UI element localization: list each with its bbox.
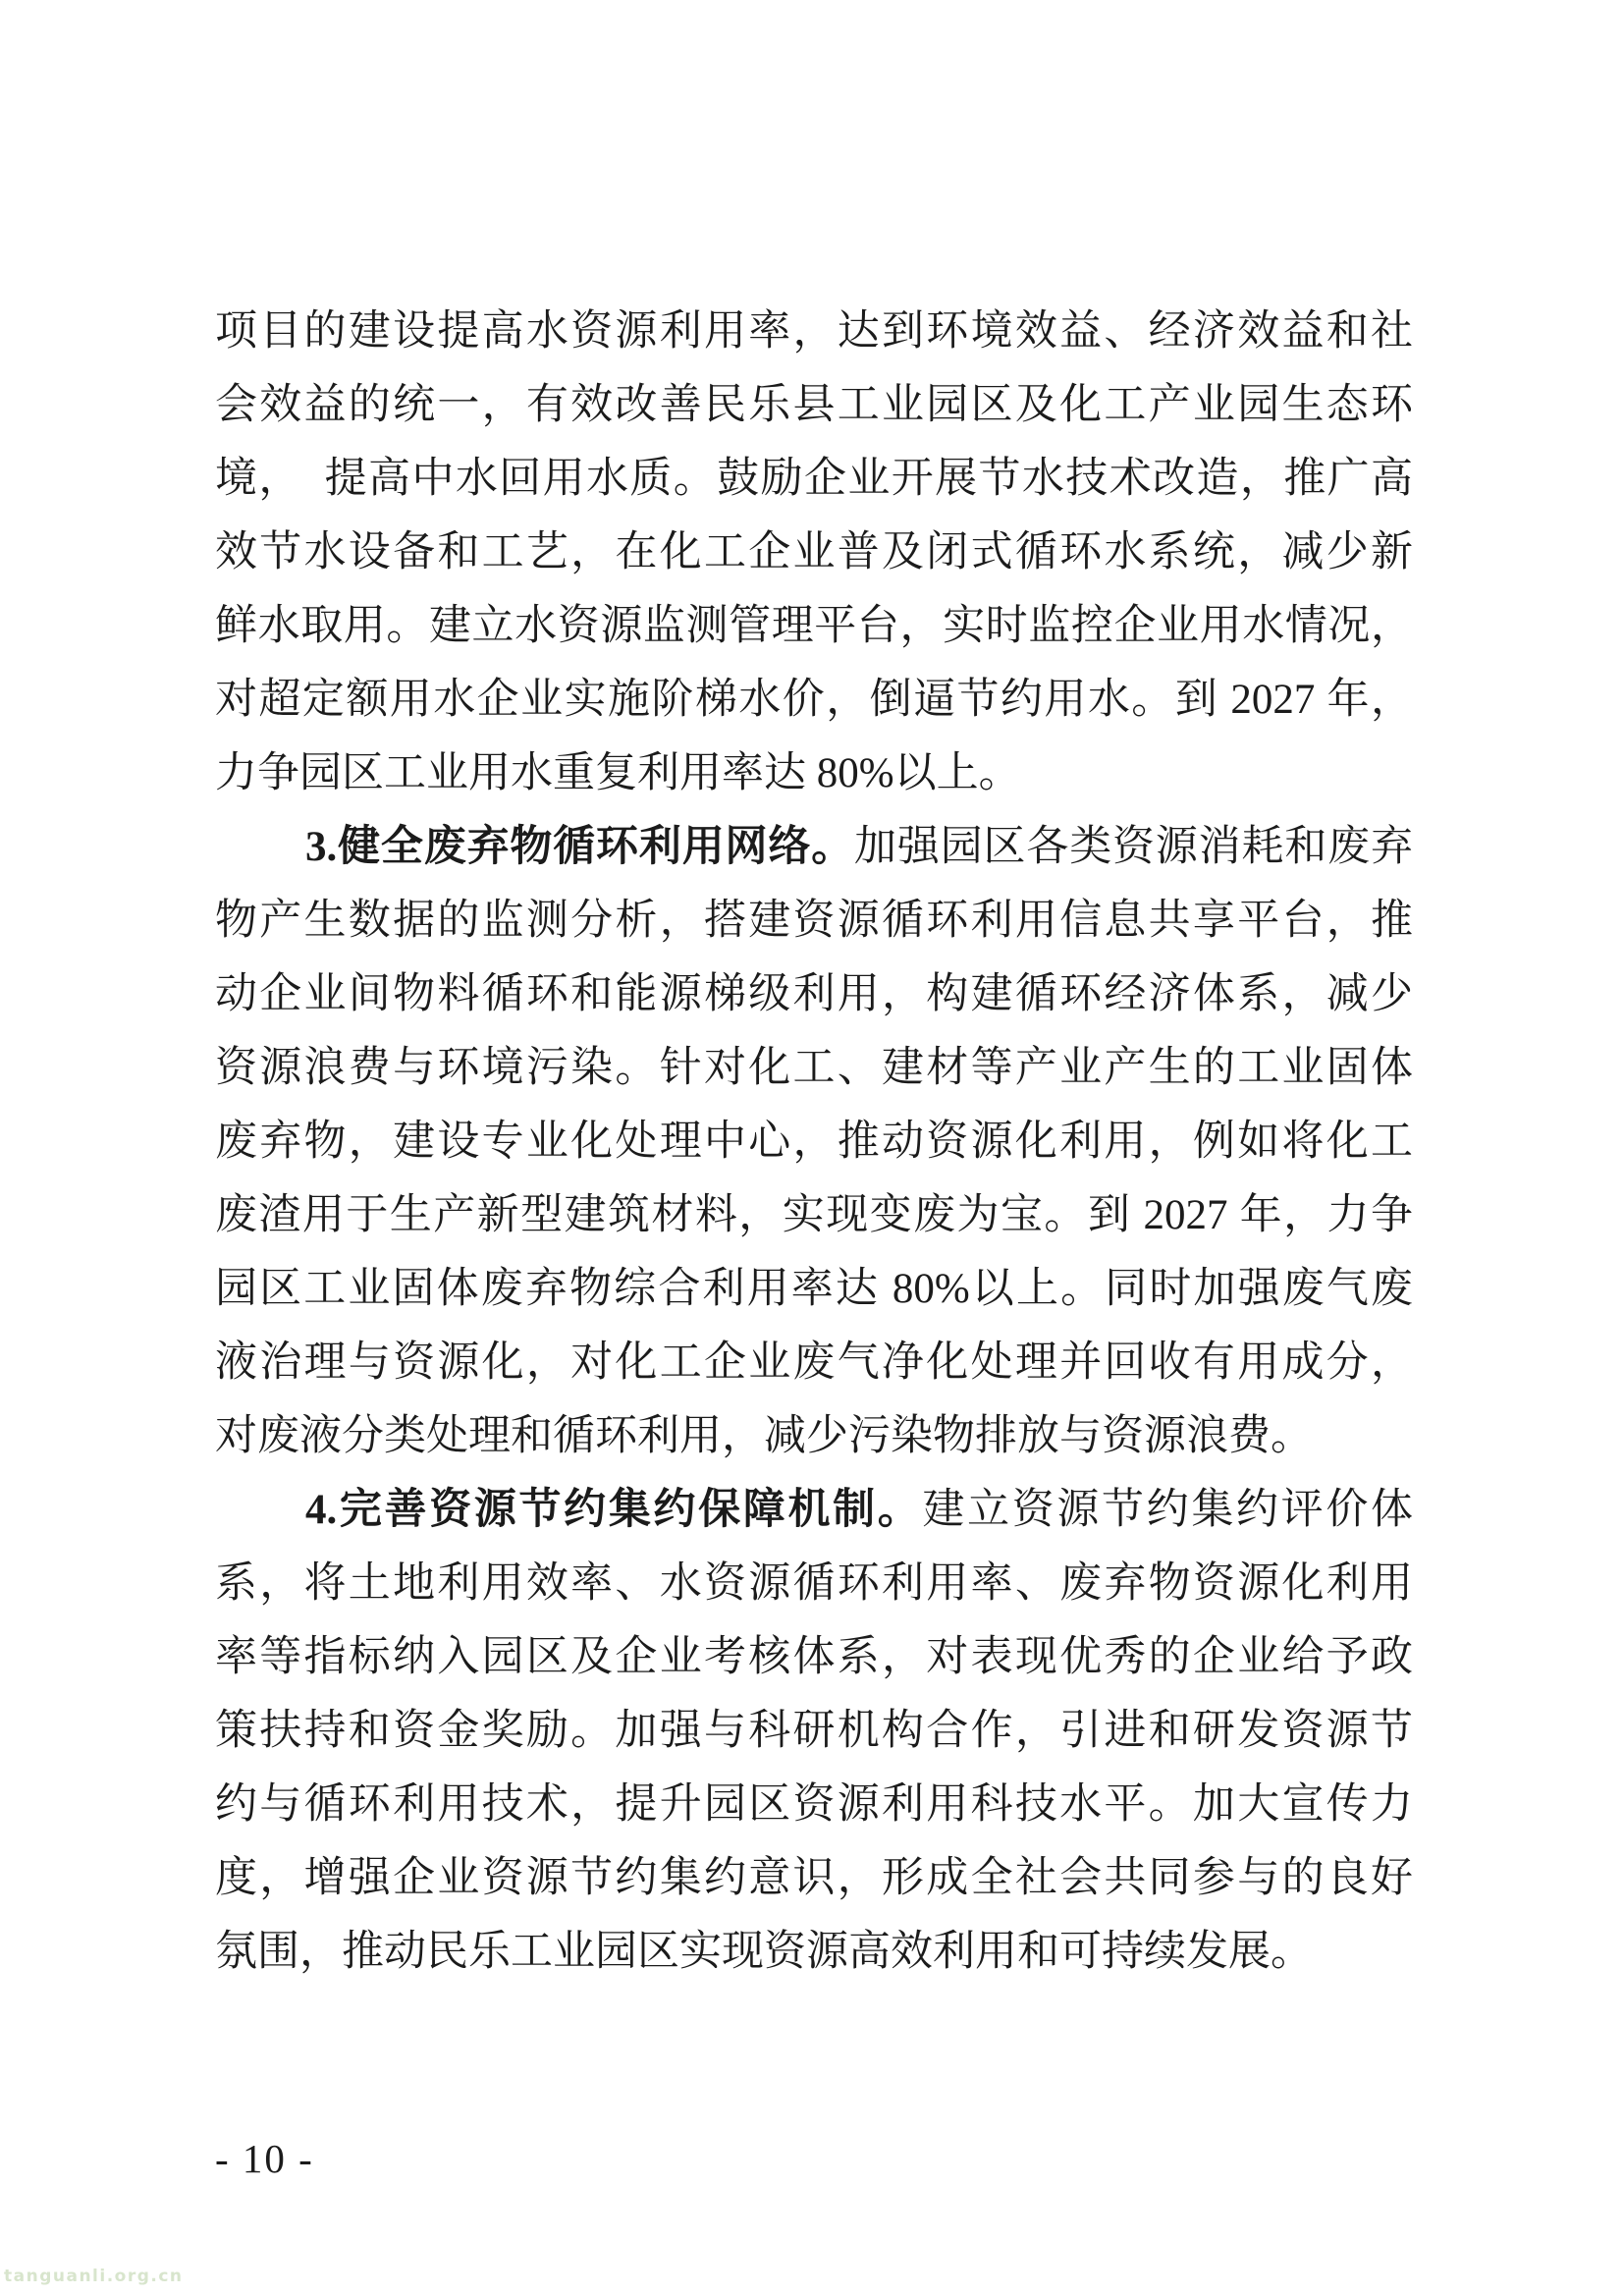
text-line: 力争园区工业用水重复利用率达 80%以上。: [215, 737, 1413, 810]
text-line: 度，增强企业资源节约集约意识，形成全社会共同参与的良好: [215, 1841, 1413, 1915]
text-line: 约与循环利用技术，提升园区资源利用科技水平。加大宣传力: [215, 1768, 1413, 1841]
text-line: 废弃物，建设专业化处理中心，推动资源化利用，例如将化工: [215, 1105, 1413, 1178]
text-line: 效节水设备和工艺，在化工企业普及闭式循环水系统，减少新: [215, 516, 1413, 589]
text-line: 动企业间物料循环和能源梯级利用，构建循环经济体系，减少: [215, 957, 1413, 1031]
text-line: 项目的建设提高水资源利用率，达到环境效益、经济效益和社: [215, 295, 1413, 368]
text-line-section-heading-4: 4.完善资源节约集约保障机制。建立资源节约集约评价体: [215, 1473, 1413, 1547]
text-line: 对超定额用水企业实施阶梯水价，倒逼节约用水。到 2027 年，: [215, 663, 1413, 737]
text-run: 建立资源节约集约评价体: [922, 1487, 1413, 1533]
text-line: 园区工业固体废弃物综合利用率达 80%以上。同时加强废气废: [215, 1252, 1413, 1326]
text-run: 加强园区各类资源消耗和废弃: [854, 824, 1413, 870]
text-line: 对废液分类处理和循环利用，减少污染物排放与资源浪费。: [215, 1399, 1413, 1473]
text-line: 系，将土地利用效率、水资源循环利用率、废弃物资源化利用: [215, 1547, 1413, 1620]
document-body: 项目的建设提高水资源利用率，达到环境效益、经济效益和社 会效益的统一，有效改善民…: [215, 295, 1413, 1989]
text-line: 氛围，推动民乐工业园区实现资源高效利用和可持续发展。: [215, 1915, 1413, 1989]
text-line: 策扶持和资金奖励。加强与科研机构合作，引进和研发资源节: [215, 1694, 1413, 1768]
text-line: 会效益的统一，有效改善民乐县工业园区及化工产业园生态环: [215, 368, 1413, 442]
text-line: 物产生数据的监测分析，搭建资源循环利用信息共享平台，推: [215, 884, 1413, 957]
text-line-section-heading-3: 3.健全废弃物循环利用网络。加强园区各类资源消耗和废弃: [215, 810, 1413, 884]
text-line: 液治理与资源化，对化工企业废气净化处理并回收有用成分，: [215, 1326, 1413, 1399]
text-line: 废渣用于生产新型建筑材料，实现变废为宝。到 2027 年，力争: [215, 1178, 1413, 1252]
text-line: 率等指标纳入园区及企业考核体系，对表现优秀的企业给予政: [215, 1620, 1413, 1694]
text-line: 资源浪费与环境污染。针对化工、建材等产业产生的工业固体: [215, 1031, 1413, 1105]
section-heading-text: 4.完善资源节约集约保障机制。: [305, 1487, 922, 1533]
text-line: 境， 提高中水回用水质。鼓励企业开展节水技术改造，推广高: [215, 442, 1413, 516]
text-line: 鲜水取用。建立水资源监测管理平台，实时监控企业用水情况，: [215, 589, 1413, 663]
section-heading-text: 3.健全废弃物循环利用网络。: [305, 824, 854, 870]
watermark-text: tanguanli.org.cn: [4, 2267, 184, 2286]
page-number: - 10 -: [215, 2133, 314, 2184]
document-page: 项目的建设提高水资源利用率，达到环境效益、经济效益和社 会效益的统一，有效改善民…: [0, 0, 1623, 2296]
